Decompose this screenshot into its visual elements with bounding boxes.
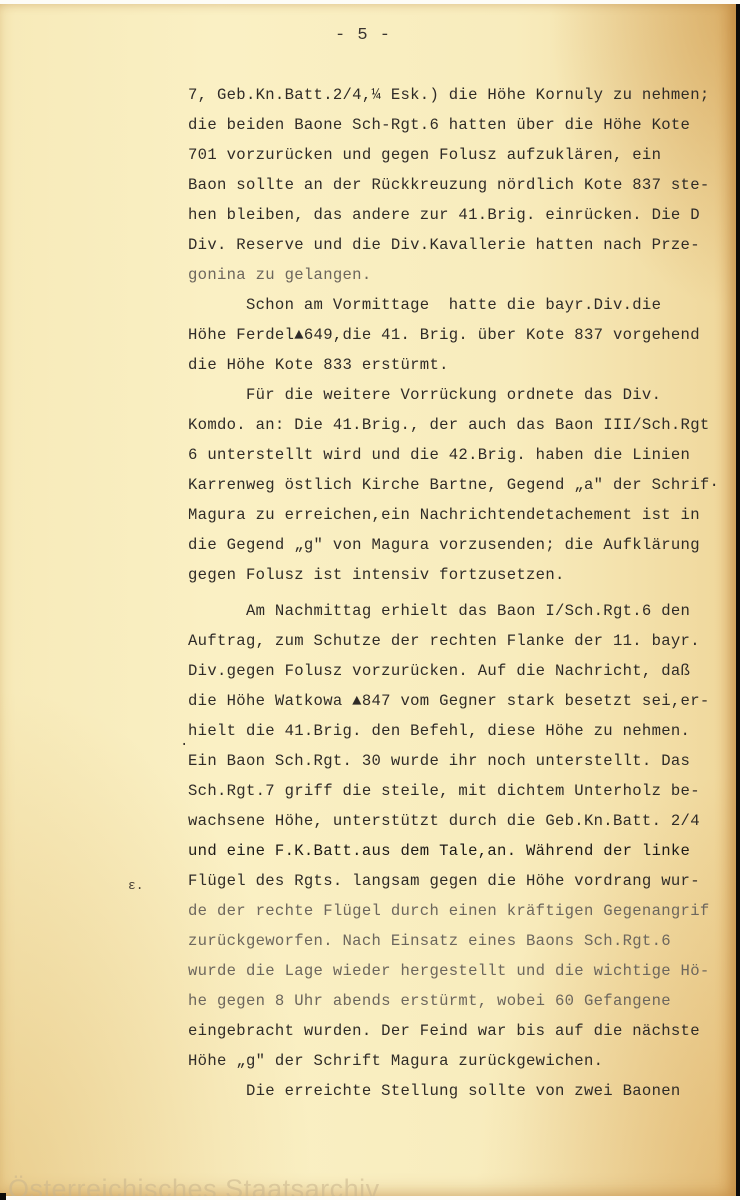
paragraph-start-line: Schon am Vormittage hatte die bayr.Div.d… [188,296,661,314]
text-line: 6 unterstellt wird und die 42.Brig. habe… [188,446,690,464]
text-line: Komdo. an: Die 41.Brig., der auch das Ba… [188,416,710,434]
scan-bottom-edge [0,1196,740,1200]
margin-dot-mark: . [180,734,188,750]
text-line: de der rechte Flügel durch einen kräftig… [188,902,710,920]
text-line: eingebracht wurden. Der Feind war bis au… [188,1022,700,1040]
text-line: Sch.Rgt.7 griff die steile, mit dichtem … [188,782,700,800]
text-line: 701 vorzurücken und gegen Folusz aufzukl… [188,146,661,164]
document-page: - 5 - 7, Geb.Kn.Batt.2/4,¼ Esk.) die Höh… [0,4,740,1196]
text-line: Karrenweg östlich Kirche Bartne, Gegend … [188,476,719,494]
text-line: Flügel des Rgts. langsam gegen die Höhe … [188,872,700,890]
text-line: Baon sollte an der Rückkreuzung nördlich… [188,176,710,194]
text-line: wachsene Höhe, unterstützt durch die Geb… [188,812,700,830]
text-line: die Höhe Watkowa ▲847 vom Gegner stark b… [188,692,710,710]
text-line: die Höhe Kote 833 erstürmt. [188,356,449,374]
text-line: 7, Geb.Kn.Batt.2/4,¼ Esk.) die Höhe Korn… [188,86,710,104]
text-line: gonina zu gelangen. [188,266,372,284]
paragraph-start-line: Am Nachmittag erhielt das Baon I/Sch.Rgt… [188,602,690,620]
text-line: zurückgeworfen. Nach Einsatz eines Baons… [188,932,671,950]
text-line: und eine F.K.Batt.aus dem Tale,an. Währe… [188,842,690,860]
text-line: hen bleiben, das andere zur 41.Brig. ein… [188,206,700,224]
text-line: Div. Reserve und die Div.Kavallerie hatt… [188,236,700,254]
text-line: Ein Baon Sch.Rgt. 30 wurde ihr noch unte… [188,752,690,770]
page-number: - 5 - [335,26,391,45]
text-line: gegen Folusz ist intensiv fortzusetzen. [188,566,565,584]
text-line: wurde die Lage wieder hergestellt und di… [188,962,710,980]
text-line: Höhe Ferdel▲649,die 41. Brig. über Kote … [188,326,700,344]
paragraph-start-line: Die erreichte Stellung sollte von zwei B… [188,1082,681,1100]
margin-annotation: ɛ. [128,878,144,893]
scan-corner [0,1193,6,1200]
text-line: he gegen 8 Uhr abends erstürmt, wobei 60… [188,992,671,1010]
text-line: Div.gegen Folusz vorzurücken. Auf die Na… [188,662,690,680]
text-line: Magura zu erreichen,ein Nachrichtendetac… [188,506,700,524]
text-line: Auftrag, zum Schutze der rechten Flanke … [188,632,700,650]
text-line: die beiden Baone Sch-Rgt.6 hatten über d… [188,116,690,134]
text-line: die Gegend „g" von Magura vorzusenden; d… [188,536,700,554]
text-line: Höhe „g" der Schrift Magura zurückgewich… [188,1052,603,1070]
paragraph-start-line: Für die weitere Vorrückung ordnete das D… [188,386,661,404]
text-line: hielt die 41.Brig. den Befehl, diese Höh… [188,722,690,740]
